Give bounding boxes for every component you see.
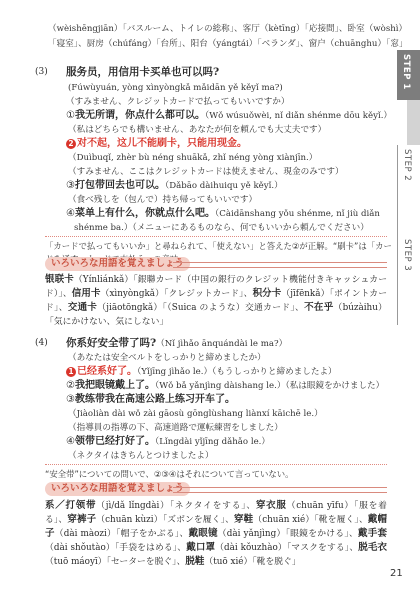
q3-option-2-pinyin: （Duìbuqǐ, zhèr bù néng shuākǎ, zhǐ néng … [68,152,317,164]
q3-explanation-line-1: 「カードで払ってもいいか」と尋ねられて、「使えない」と答えた②が正解。“刷卡”は… [45,240,392,252]
question-4-number: (4) [35,338,48,348]
double-rule [173,262,387,268]
tab-step-1[interactable]: STEP 1 [397,50,420,100]
vocab-header-1: いろいろな用語を覚えましょう [45,257,387,271]
divider-dotted [45,464,387,465]
question-3-text: 服务员，用信用卡买单也可以吗? [66,66,219,78]
divider-dotted [45,236,387,237]
q3-option-2-correct: 2对不起，这儿不能刷卡，只能用现金。 [66,138,247,150]
correct-answer-marker: 2 [66,139,76,149]
q3-option-4: ④菜单上有什么，你就点什么吧。（Càidānshang yǒu shénme, … [66,208,380,220]
double-rule [173,487,387,493]
question-3-number: (3) [35,67,48,77]
q4-explanation: “安全带”についての問いで、②③④はそれについて言っていない。 [45,468,293,480]
question-3-pinyin: (Fúwùyuán, yòng xìnyòngkǎ mǎidān yě kěyǐ… [68,82,283,94]
q3-option-1-translation: （私はどちらでも構いません、あなたが何を頼んでも大丈夫です） [68,124,326,136]
q4-option-3: ③教练带我在高速公路上练习开车了。 [66,394,235,406]
q3-option-3: ③打包带回去也可以。（Dǎbāo dàihuiqu yě kěyǐ.） [66,180,283,192]
vocab-header-2: いろいろな用語を覚えましょう [45,482,387,496]
q4-option-3-pinyin: （Jiàoliàn dài wǒ zài gāosù gōnglùshang l… [68,408,323,420]
vocab-list-2: 系／打领带（jì/dǎ lǐngdài）「ネクタイをする」、穿衣服（chuān … [45,499,387,569]
q4-option-4: ④领带已经打好了。（Lǐngdài yǐjīng dǎhǎo le.） [66,436,270,448]
question-4-translation: （あなたは安全ベルトをしっかりと締めましたか） [68,352,266,364]
q3-option-1: ①我无所谓，你点什么都可以。（Wǒ wúsuǒwèi, nǐ diǎn shén… [66,110,392,122]
q4-option-2: ②我把眼镜戴上了。（Wǒ bǎ yǎnjìng dàishang le.）（私は… [66,380,384,392]
page-number: 21 [390,568,403,579]
q4-option-4-translation: （ネクタイはきちんとつけましたよ） [68,450,214,462]
q3-option-2-translation: （すみません、ここはクレジットカードは使えません、現金のみです） [68,166,344,178]
tab-step-2[interactable]: STEP 2 [397,145,420,235]
top-vocab-line-2: 「寝室」、厨房（chúfáng）「台所」、阳台（yángtái）「ベランダ」、窗… [48,38,408,50]
tab-strip-decoration [397,100,420,145]
vocab-list-1: 银联卡（Yínliánkǎ）「銀聯カード（中国の銀行のクレジット機能付きキャッシ… [45,273,387,329]
correct-answer-marker: 1 [66,367,76,377]
tab-step-3[interactable]: STEP 3 [397,235,420,325]
question-4-line: 你系好安全带了吗?（Nǐ jìhǎo ānquándài le ma?） [66,337,287,350]
q4-option-1-correct: 1已经系好了。（Yǐjīng jìhǎo le.）（もうしっかりと締めましたよ） [66,366,337,378]
q3-option-4-cont: shénme ba.）（メニューにあるものなら、何でもいいから頼んでください） [74,222,369,234]
q4-option-3-translation: （指導員の指導の下、高速道路で運転練習をしました） [68,422,283,434]
textbook-page: （wèishēngjiān）「バスルーム、トイレの総称」、客厅（kètīng）「… [0,0,420,595]
question-3-translation: （すみません、クレジットカードで払ってもいいですか） [66,96,289,108]
q3-option-3-translation: （食べ残しを（包んで）持ち帰ってもいいです） [68,194,257,206]
top-vocab-line-1: （wèishēngjiān）「バスルーム、トイレの総称」、客厅（kètīng）「… [48,23,407,35]
